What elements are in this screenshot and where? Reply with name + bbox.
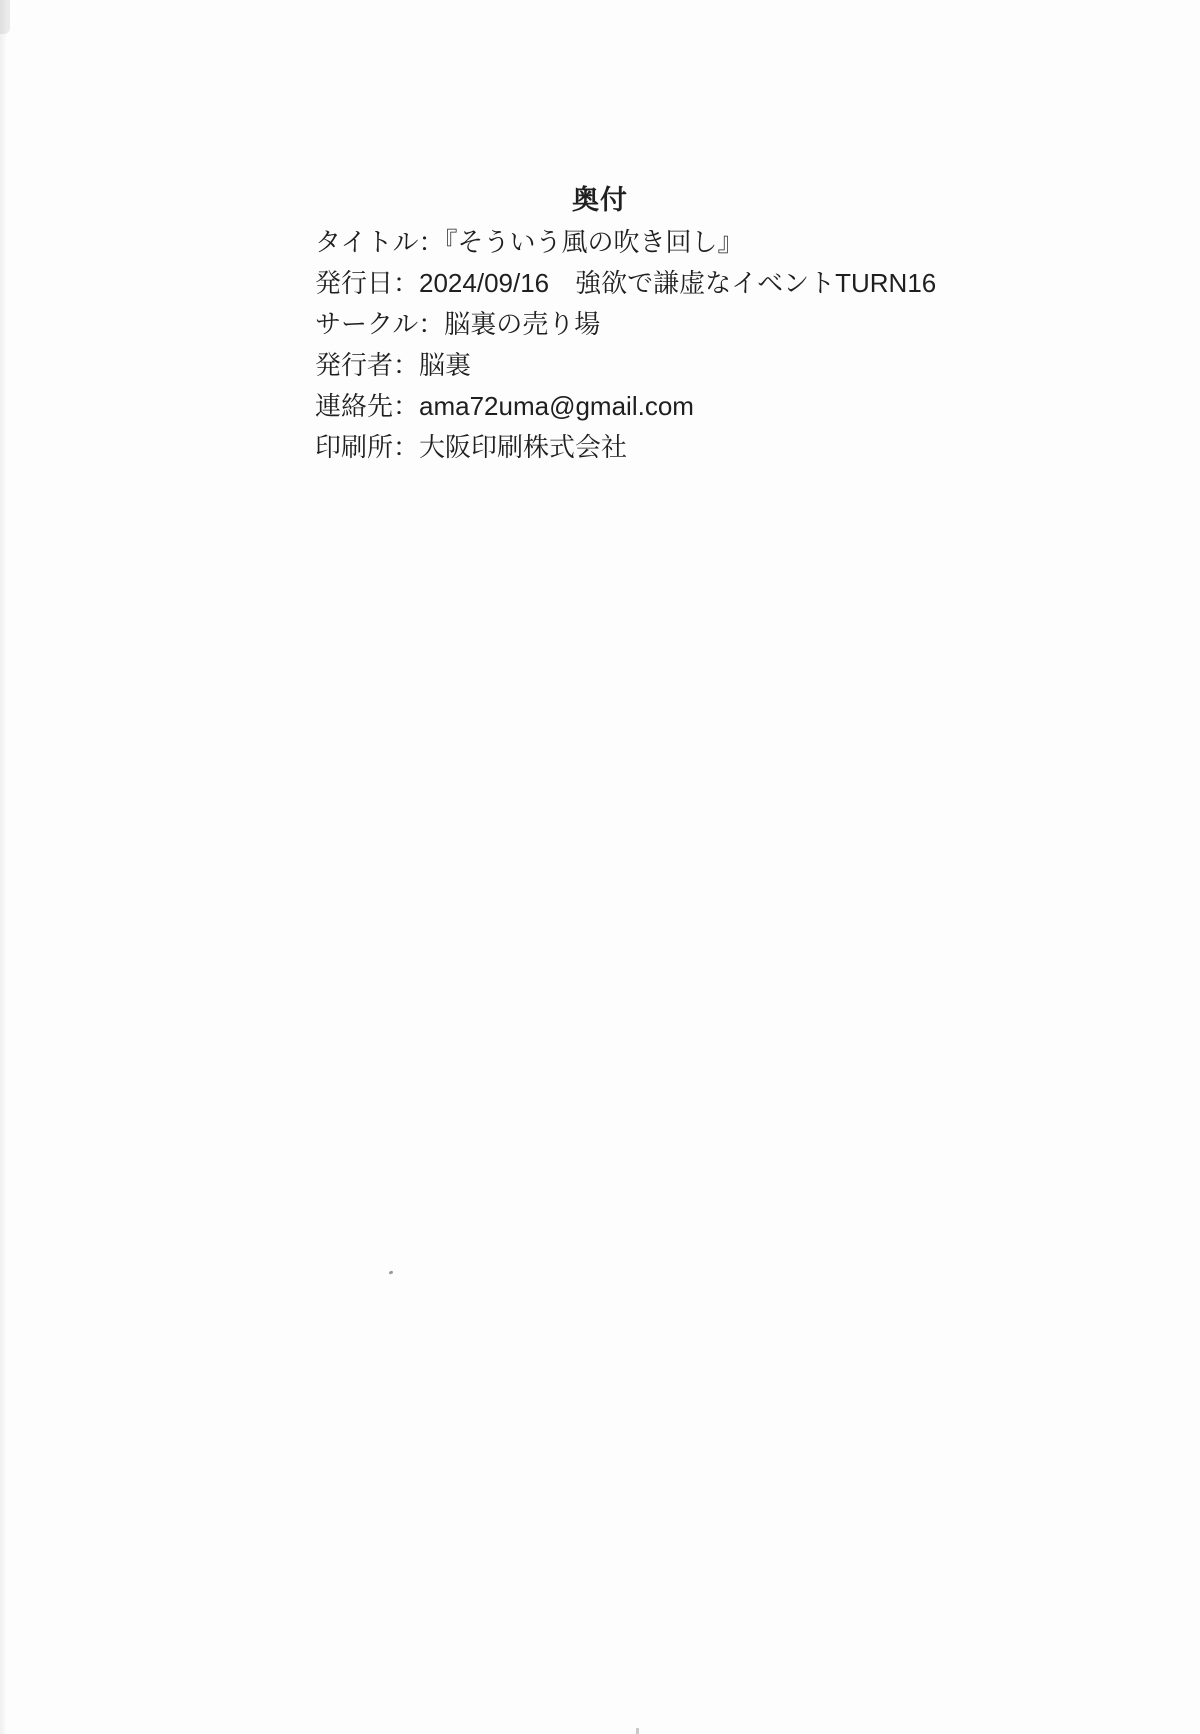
colophon-line-issue-date: 発行日：2024/09/16 強欲で謙虚なイベントTURN16 xyxy=(315,263,1095,304)
scan-tick xyxy=(636,1728,639,1734)
colophon-line-printer: 印刷所：大阪印刷株式会社 xyxy=(315,427,1095,468)
colophon-line-circle: サークル：脳裏の売り場 xyxy=(315,304,1095,345)
scan-speck xyxy=(389,1270,394,1274)
scan-corner-shadow xyxy=(0,0,10,34)
colophon-line-publisher: 発行者：脳裏 xyxy=(315,345,1095,386)
colophon-info-block: タイトル：『そういう風の吹き回し』 発行日：2024/09/16 強欲で謙虚なイ… xyxy=(315,222,1095,468)
colophon-line-title: タイトル：『そういう風の吹き回し』 xyxy=(315,222,1095,263)
colophon-line-contact-email: 連絡先：ama72uma@gmail.com xyxy=(315,386,1095,427)
colophon-page: 奥付 タイトル：『そういう風の吹き回し』 発行日：2024/09/16 強欲で謙… xyxy=(0,0,1200,1734)
scan-edge-shadow xyxy=(0,0,7,1734)
page-title: 奥付 xyxy=(0,180,1200,221)
